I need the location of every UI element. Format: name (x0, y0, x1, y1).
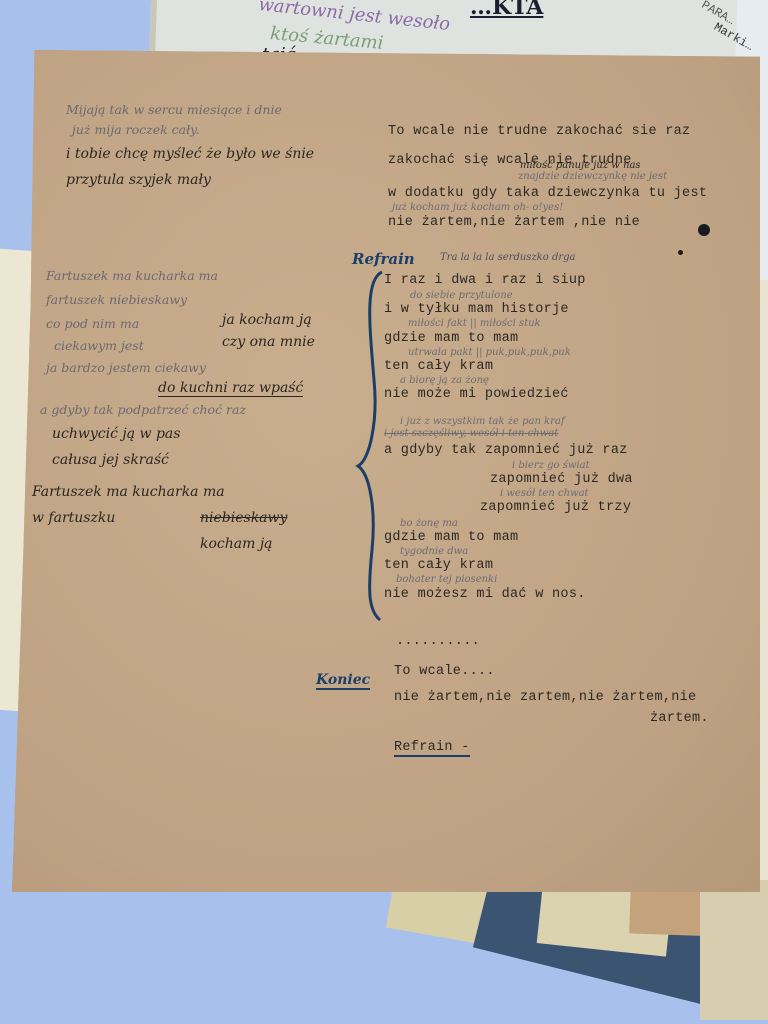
left-verse3-line: do kuchni raz wpaść (158, 380, 303, 397)
refrain-annotation: i bierz go świat (512, 460, 590, 471)
left-verse3-line: całusa jej skraść (52, 452, 169, 468)
refrain-line: nie możesz mi dać w nos. (384, 587, 586, 602)
intro-annotation: miłość panuje już w nas (520, 160, 641, 171)
left-verse4-line: Fartuszek ma kucharka ma (32, 484, 225, 500)
refrain-annotation: miłości fakt || miłości stuk (408, 318, 541, 329)
refrain-annotation: bohater tej piosenki (396, 574, 497, 585)
refrain-label: Refrain (352, 250, 415, 268)
refrain-line: I raz i dwa i raz i siup (384, 273, 586, 288)
separator-dots: .......... (396, 634, 480, 649)
ending-line: nie żartem,nie zartem,nie żartem,nie (394, 690, 696, 705)
left-verse2-line: Fartuszek ma kucharka ma (46, 268, 218, 283)
left-verse4-line: kocham ją (200, 536, 273, 552)
refrain-annotation: bo żonę ma (400, 518, 458, 529)
refrain-line: nie może mi powiedzieć (384, 387, 569, 402)
refrain-annotation: a biorę ją za żonę (400, 375, 489, 386)
refrain-annotation: tygodnie dwa (400, 546, 468, 557)
refrain-line: zapomnieć już dwa (490, 472, 633, 487)
left-verse1-line: przytula szyjek mały (66, 172, 211, 188)
refrain-line: gdzie mam to mam (384, 331, 518, 346)
refrain-annotation: utrwala pakt || puk,puk,puk,puk (408, 347, 571, 358)
left-verse1-line: Mijają tak w sercu miesiące i dnie (66, 102, 282, 117)
refrain-line: i w tyłku mam historje (384, 302, 569, 317)
bottom-pile-paper (700, 880, 768, 1020)
ending-label: Koniec (316, 672, 370, 690)
intro-annotation: znajdzie dziewczynkę nie jest (518, 171, 667, 182)
left-verse2-margin: czy ona mnie (222, 334, 315, 350)
ink-blot (678, 250, 683, 255)
left-verse2-line: co pod nim ma (46, 316, 139, 331)
refrain-line: zapomnieć już trzy (480, 500, 631, 515)
typed-intro-line: w dodatku gdy taka dziewczynka tu jest (388, 186, 707, 201)
refrain-annotation-struck: i jest szczęśliwy, wesół i ten chwat (384, 428, 558, 439)
ink-blot (698, 224, 710, 236)
left-verse4-line: w fartuszku (32, 510, 115, 526)
refrain-line: ten cały kram (384, 359, 493, 374)
left-verse1-line: już mija roczek cały. (72, 122, 200, 137)
typed-intro-line: To wcale nie trudne zakochać sie raz (388, 124, 690, 139)
left-verse1-line: i tobie chcę myśleć że było we śnie (66, 146, 314, 162)
left-verse2-line: ciekawym jest (54, 338, 144, 353)
back-sheet-heading: …KTA (470, 0, 543, 20)
left-verse2-line: ja bardzo jestem ciekawy (46, 360, 206, 375)
left-verse2-margin: ja kocham ją (222, 312, 312, 328)
refrain-annotation: Tra la la la serduszko drga (440, 252, 575, 263)
refrain-annotation: i już z wszystkim tak że pan kraf (400, 416, 565, 427)
ending-line: To wcale.... (394, 664, 495, 679)
intro-annotation: już kocham już kocham oh- o!yes! (392, 202, 563, 213)
refrain-line: ten cały kram (384, 558, 493, 573)
typed-intro-line: nie żartem,nie żartem ,nie nie (388, 215, 640, 230)
left-verse4-struck-word: niebieskawy (200, 510, 287, 526)
ending-line: żartem. (650, 711, 709, 726)
left-verse3-line: a gdyby tak podpatrzeć choć raz (40, 402, 246, 417)
refrain-annotation: do siebie przytulone (410, 290, 513, 301)
left-verse2-line: fartuszek niebieskawy (46, 292, 187, 307)
final-refrain: Refrain - (394, 740, 470, 757)
left-verse3-line: uchwycić ją w pas (52, 426, 180, 442)
refrain-line: gdzie mam to mam (384, 530, 518, 545)
refrain-line: a gdyby tak zapomnieć już raz (384, 443, 628, 458)
refrain-annotation: i wesół ten chwat (500, 488, 589, 499)
